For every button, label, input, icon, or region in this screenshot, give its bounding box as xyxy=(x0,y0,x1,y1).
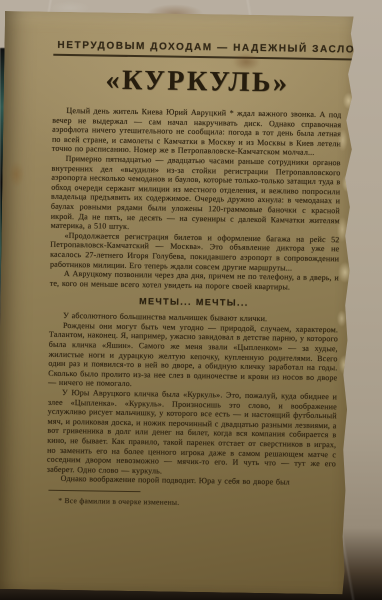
paper-stain xyxy=(8,161,24,187)
page-slogan: НЕТРУДОВЫМ ДОХОДАМ — НАДЕЖНЫЙ ЗАСЛОН! xyxy=(53,40,373,61)
article-title: «КУРКУЛЬ» xyxy=(53,64,342,101)
footnote: * Все фамилии в очерке изменены. xyxy=(58,496,335,509)
section-heading: МЕЧТЫ... МЕЧТЫ... xyxy=(49,295,338,310)
magazine-page: НЕТРУДОВЫМ ДОХОДАМ — НАДЕЖНЫЙ ЗАСЛОН! «К… xyxy=(0,11,355,594)
photo-background: НЕТРУДОВЫМ ДОХОДАМ — НАДЕЖНЫЙ ЗАСЛОН! «К… xyxy=(0,0,382,600)
paragraph: А Авруцкому позвонили через два дня, при… xyxy=(50,269,339,293)
footnote-divider xyxy=(48,490,140,492)
paragraph: Рождены они могут быть чем угодно — прир… xyxy=(48,321,338,393)
paragraph: Целый день житель Киева Юрий Авруцкий * … xyxy=(52,106,342,159)
paragraph: У Юры Авруцкого кличка была «Куркуль». Э… xyxy=(47,388,337,479)
paragraph: Примерно пятнадцатью — двадцатью часами … xyxy=(51,154,341,235)
paper-stain xyxy=(232,53,260,71)
paragraph: «Продолжается регистрация билетов и офор… xyxy=(50,230,340,273)
